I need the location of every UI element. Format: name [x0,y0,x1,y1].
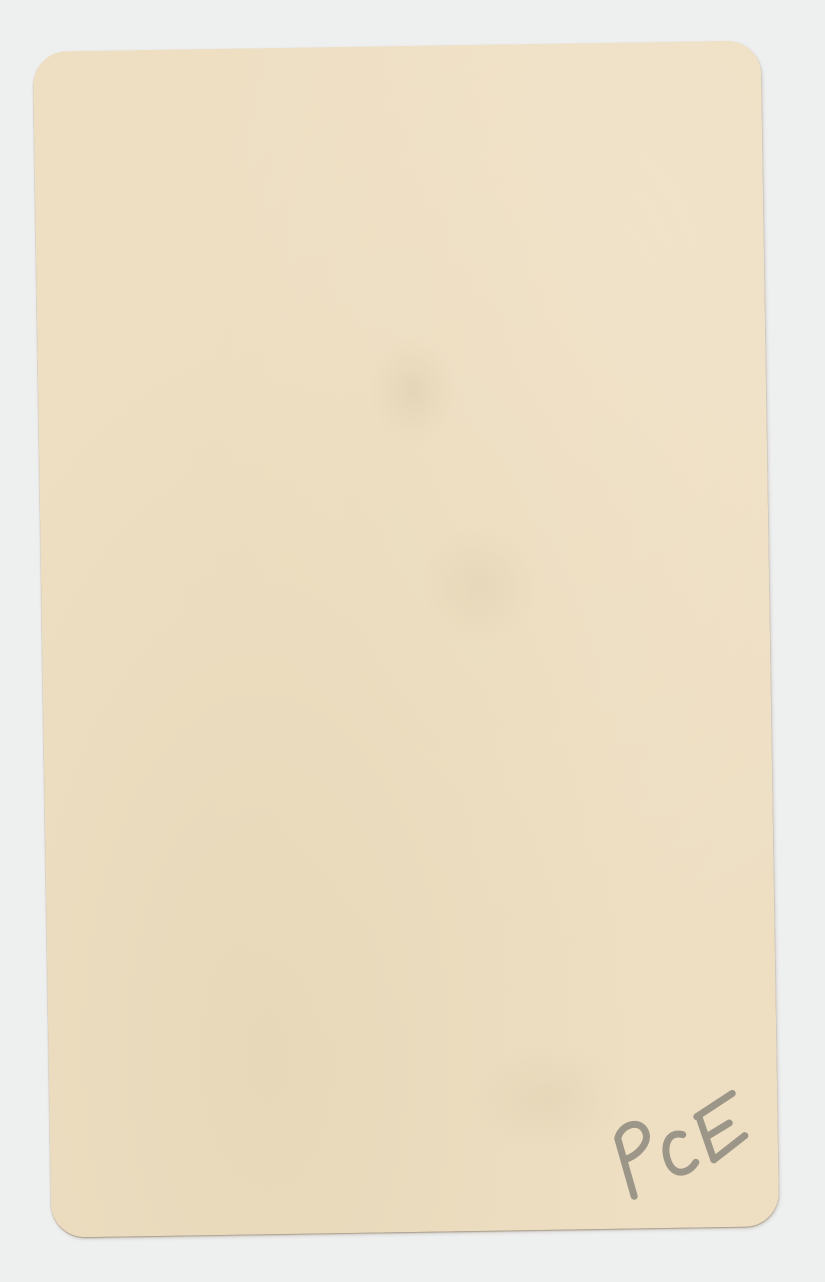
photo-card-back [33,40,780,1237]
stain-mark [367,335,459,446]
stain-mark [420,524,542,646]
stain-mark [468,1043,630,1155]
